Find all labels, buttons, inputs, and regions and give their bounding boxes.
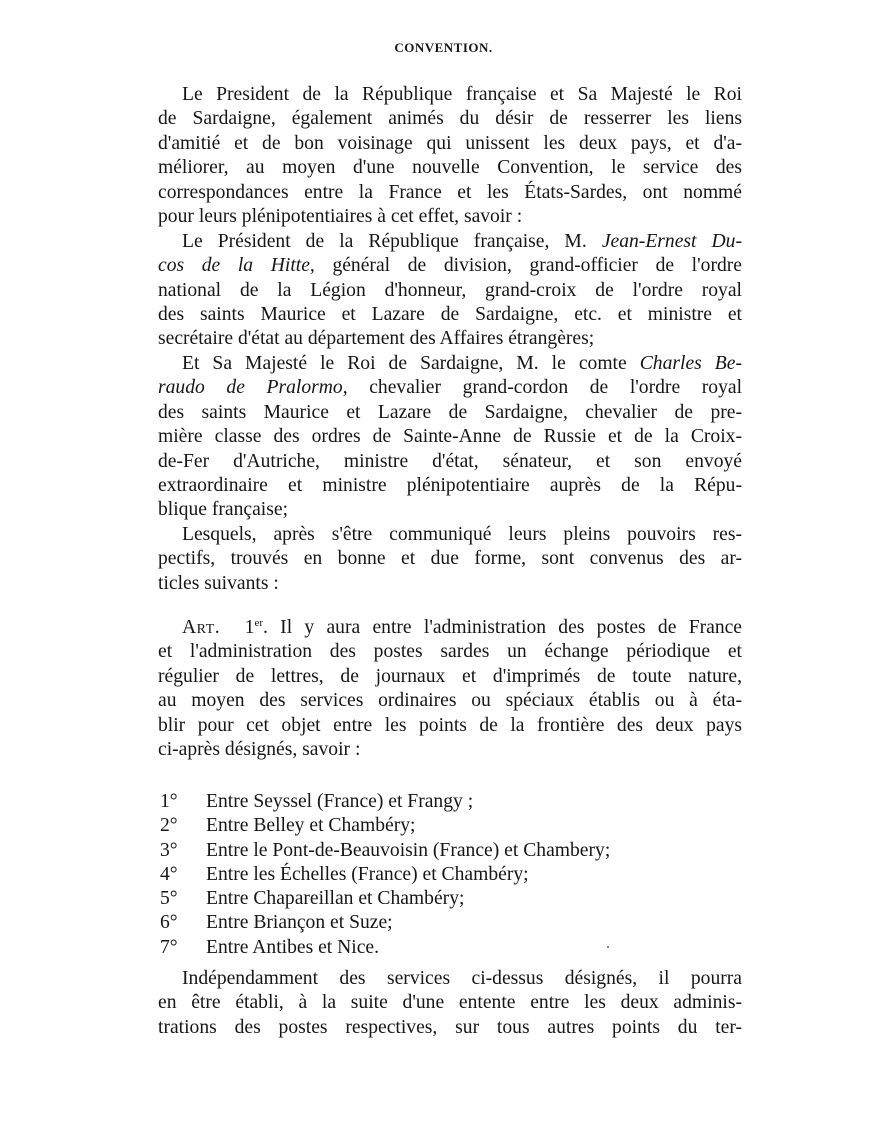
list-item: 2°Entre Belley et Chambéry; [160,814,610,838]
article-number-superscript: er [254,617,263,629]
plenipotentiary-name-fr: cos de la Hitte, [158,255,315,276]
list-text: Entre Briançon et Suze; [206,912,393,933]
text-line: régulier de lettres, de journaux et d'im… [158,665,742,689]
list-text: Entre Chapareillan et Chambéry; [206,888,464,909]
text-run: Et Sa Majesté le Roi de Sardaigne, M. le… [182,353,640,374]
list-number: 2° [160,814,206,838]
text-line: Le President de la République française … [158,83,742,107]
text-line: Indépendamment des services ci-dessus dé… [158,967,742,991]
list-text: Entre les Échelles (France) et Chambéry; [206,864,529,885]
text-run: général de division, grand-officier de l… [315,255,742,276]
text-line: en être établi, à la suite d'une entente… [158,991,742,1015]
list-item: 6°Entre Briançon et Suze; [160,911,610,935]
list-item: 5°Entre Chapareillan et Chambéry; [160,887,610,911]
list-number: 4° [160,863,206,887]
text-line: mière classe des ordres de Sainte-Anne d… [158,425,742,449]
list-number: 6° [160,911,206,935]
text-line: pectifs, trouvés en bonne et due forme, … [158,547,742,571]
text-run: , chevalier grand-cordon de l'ordre roya… [343,377,742,398]
text-line: correspondances entre la France et les É… [158,181,742,205]
list-item: 4°Entre les Échelles (France) et Chambér… [160,863,610,887]
list-number: 7° [160,936,206,960]
text-line: Le Président de la République française,… [158,230,742,254]
text-line: secrétaire d'état au département des Aff… [158,327,742,351]
closing-paragraph: Indépendamment des services ci-dessus dé… [158,967,742,1040]
list-text: Entre Antibes et Nice. [206,937,379,958]
list-text: Entre Seyssel (France) et Frangy ; [206,791,473,812]
text-line: au moyen des services ordinaires ou spéc… [158,689,742,713]
text-run: . Il y aura entre l'administration des p… [263,617,742,638]
text-line: trations des postes respectives, sur tou… [158,1016,742,1040]
list-number: 5° [160,887,206,911]
text-line: blique française; [158,498,742,522]
list-text: Entre le Pont-de-Beauvoisin (France) et … [206,840,610,861]
text-line: national de la Légion d'honneur, grand-c… [158,279,742,303]
article-heading-line: Art. 1er. Il y aura entre l'administrati… [158,616,742,640]
text-line: de-Fer d'Autriche, ministre d'état, séna… [158,450,742,474]
text-line: de Sardaigne, également animés du désir … [158,107,742,131]
text-line: d'amitié et de bon voisinage qui unissen… [158,132,742,156]
list-item: 3°Entre le Pont-de-Beauvoisin (France) e… [160,839,610,863]
document-page: CONVENTION. Le President de la Républiqu… [0,0,887,1134]
list-text: Entre Belley et Chambéry; [206,815,415,836]
list-number: 1° [160,790,206,814]
preamble-paragraph-1: Le President de la République française … [158,83,742,596]
article-label: Art. [182,617,220,638]
text-line: cos de la Hitte, général de division, gr… [158,254,742,278]
text-line: des saints Maurice et Lazare de Sardaign… [158,303,742,327]
plenipotentiary-name-sardinia: raudo de Pralormo [158,377,343,398]
text-line: des saints Maurice et Lazare de Sardaign… [158,401,742,425]
border-points-list: 1°Entre Seyssel (France) et Frangy ; 2°E… [160,790,610,960]
text-line: ticles suivants : [158,572,742,596]
running-head: CONVENTION. [0,40,887,56]
list-number: 3° [160,839,206,863]
text-line: et l'administration des postes sardes un… [158,640,742,664]
article-1: Art. 1er. Il y aura entre l'administrati… [158,616,742,763]
text-line: blir pour cet objet entre les points de … [158,714,742,738]
article-number: 1 [245,617,255,638]
text-run: Le Président de la République française,… [182,231,602,252]
text-line: raudo de Pralormo, chevalier grand-cordo… [158,376,742,400]
text-line: Et Sa Majesté le Roi de Sardaigne, M. le… [158,352,742,376]
text-line: ci-après désignés, savoir : [158,738,742,762]
text-line: méliorer, au moyen d'une nouvelle Conven… [158,156,742,180]
print-speck [607,946,609,948]
list-item: 7°Entre Antibes et Nice. [160,936,610,960]
text-line: pour leurs plénipotentiaires à cet effet… [158,205,742,229]
plenipotentiary-name-sardinia: Charles Be- [640,353,742,374]
list-item: 1°Entre Seyssel (France) et Frangy ; [160,790,610,814]
plenipotentiary-name-fr: Jean-Ernest Du- [602,231,742,252]
text-line: extraordinaire et ministre plénipotentia… [158,474,742,498]
text-line: Lesquels, après s'être communiqué leurs … [158,523,742,547]
